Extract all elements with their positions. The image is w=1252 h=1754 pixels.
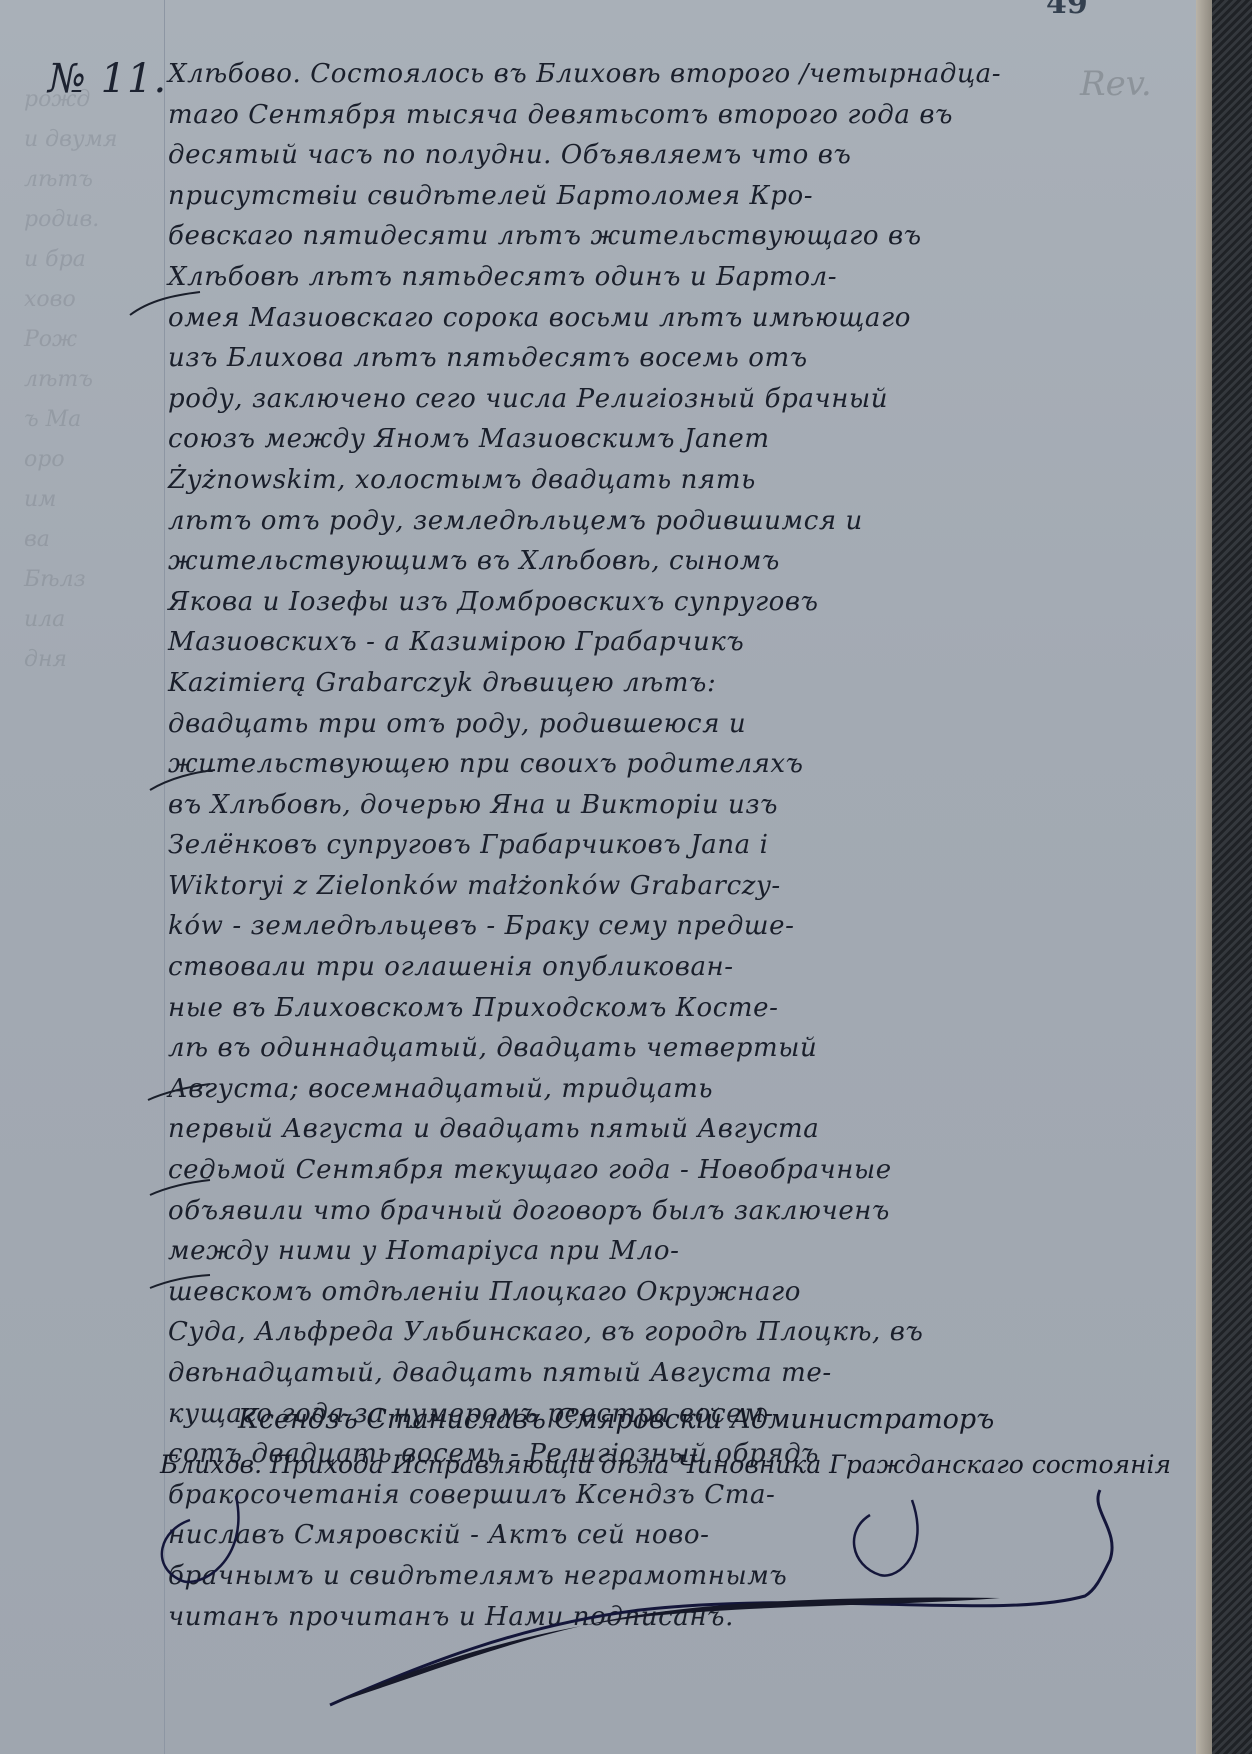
book-binding — [1212, 0, 1252, 1754]
signature-flourish — [0, 0, 1212, 1754]
register-page: рожд и двумя лѣтъ родив. и бра хово Рож … — [0, 0, 1212, 1754]
